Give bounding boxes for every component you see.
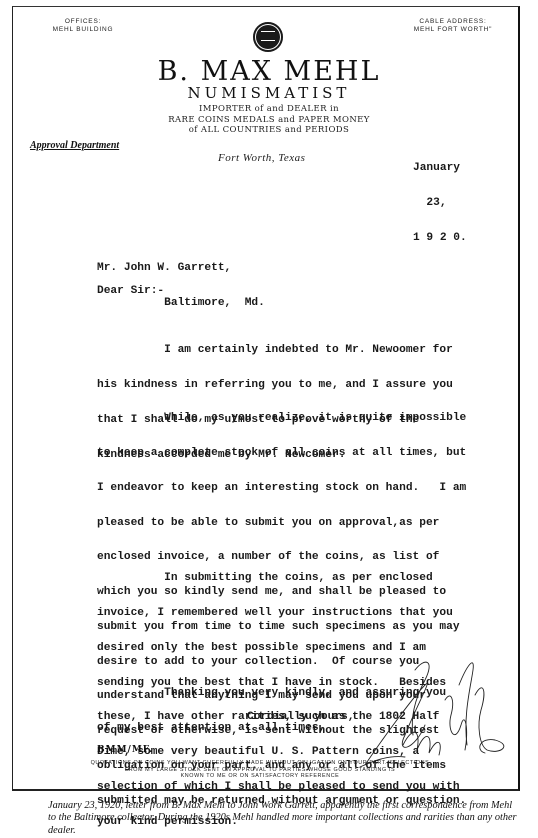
- text-line: invoice, I remembered well your instruct…: [97, 608, 460, 620]
- offices-label: OFFICES:: [38, 18, 128, 26]
- text-line: pleased to be able to submit you on appr…: [97, 518, 466, 530]
- cable-label: CABLE ADDRESS:: [398, 18, 508, 26]
- date-line: 1 9 2 0.: [413, 233, 467, 245]
- footer-line: Quotations on coins you want cheerfully …: [40, 760, 480, 767]
- date-line: 23,: [413, 198, 467, 210]
- letterhead-profession: NUMISMATIST: [0, 84, 538, 102]
- letter-date: January 23, 1 9 2 0.: [413, 140, 467, 256]
- cable-value: MEHL FORT WORTH": [398, 26, 508, 34]
- business-line: of ALL COUNTRIES and PERIODS: [0, 125, 538, 136]
- date-line: January: [413, 163, 467, 175]
- salutation: Dear Sir:-: [97, 286, 164, 298]
- footer-line: from my large stock sent on approval to …: [40, 767, 480, 774]
- text-line: I am certainly indebted to Mr. Newoomer …: [97, 345, 453, 357]
- business-line: RARE COINS MEDALS and PAPER MONEY: [0, 115, 538, 126]
- text-line: While, as you realize, it is quite impos…: [97, 413, 466, 425]
- text-line: to keep a complete stock of all coins at…: [97, 448, 466, 460]
- handwritten-signature-icon: [355, 655, 515, 770]
- address-line: Baltimore, Md.: [97, 298, 265, 310]
- complimentary-close: Cordially yours,: [247, 712, 354, 724]
- offices-block: OFFICES: MEHL BUILDING: [38, 18, 128, 34]
- image-caption: January 23, 1920, letter from B. Max Meh…: [48, 800, 518, 837]
- coin-seal-icon: [253, 22, 283, 52]
- footer-line: known to me or on satisfactory reference: [40, 773, 480, 780]
- approval-department: Approval Department: [30, 140, 119, 151]
- letterhead-footer: Quotations on coins you want cheerfully …: [40, 760, 480, 780]
- text-line: I endeavor to keep an interesting stock …: [97, 483, 466, 495]
- business-description: IMPORTER of and DEALER in RARE COINS MED…: [0, 104, 538, 136]
- business-line: IMPORTER of and DEALER in: [0, 104, 538, 115]
- letterhead-name: B. MAX MEHL: [0, 56, 538, 87]
- text-line: In submitting the coins, as per enclosed: [97, 573, 460, 585]
- address-line: Mr. John W. Garrett,: [97, 263, 265, 275]
- text-line: desired only the best possible specimens…: [97, 643, 460, 655]
- cable-address-block: CABLE ADDRESS: MEHL FORT WORTH": [398, 18, 508, 34]
- text-line: selection of which I shall be pleased to…: [97, 782, 460, 794]
- reference-initials: BMM/MF.: [97, 745, 153, 755]
- offices-value: MEHL BUILDING: [38, 26, 128, 34]
- recipient-address: Mr. John W. Garrett, Baltimore, Md.: [97, 240, 265, 321]
- city-location: Fort Worth, Texas: [218, 152, 305, 164]
